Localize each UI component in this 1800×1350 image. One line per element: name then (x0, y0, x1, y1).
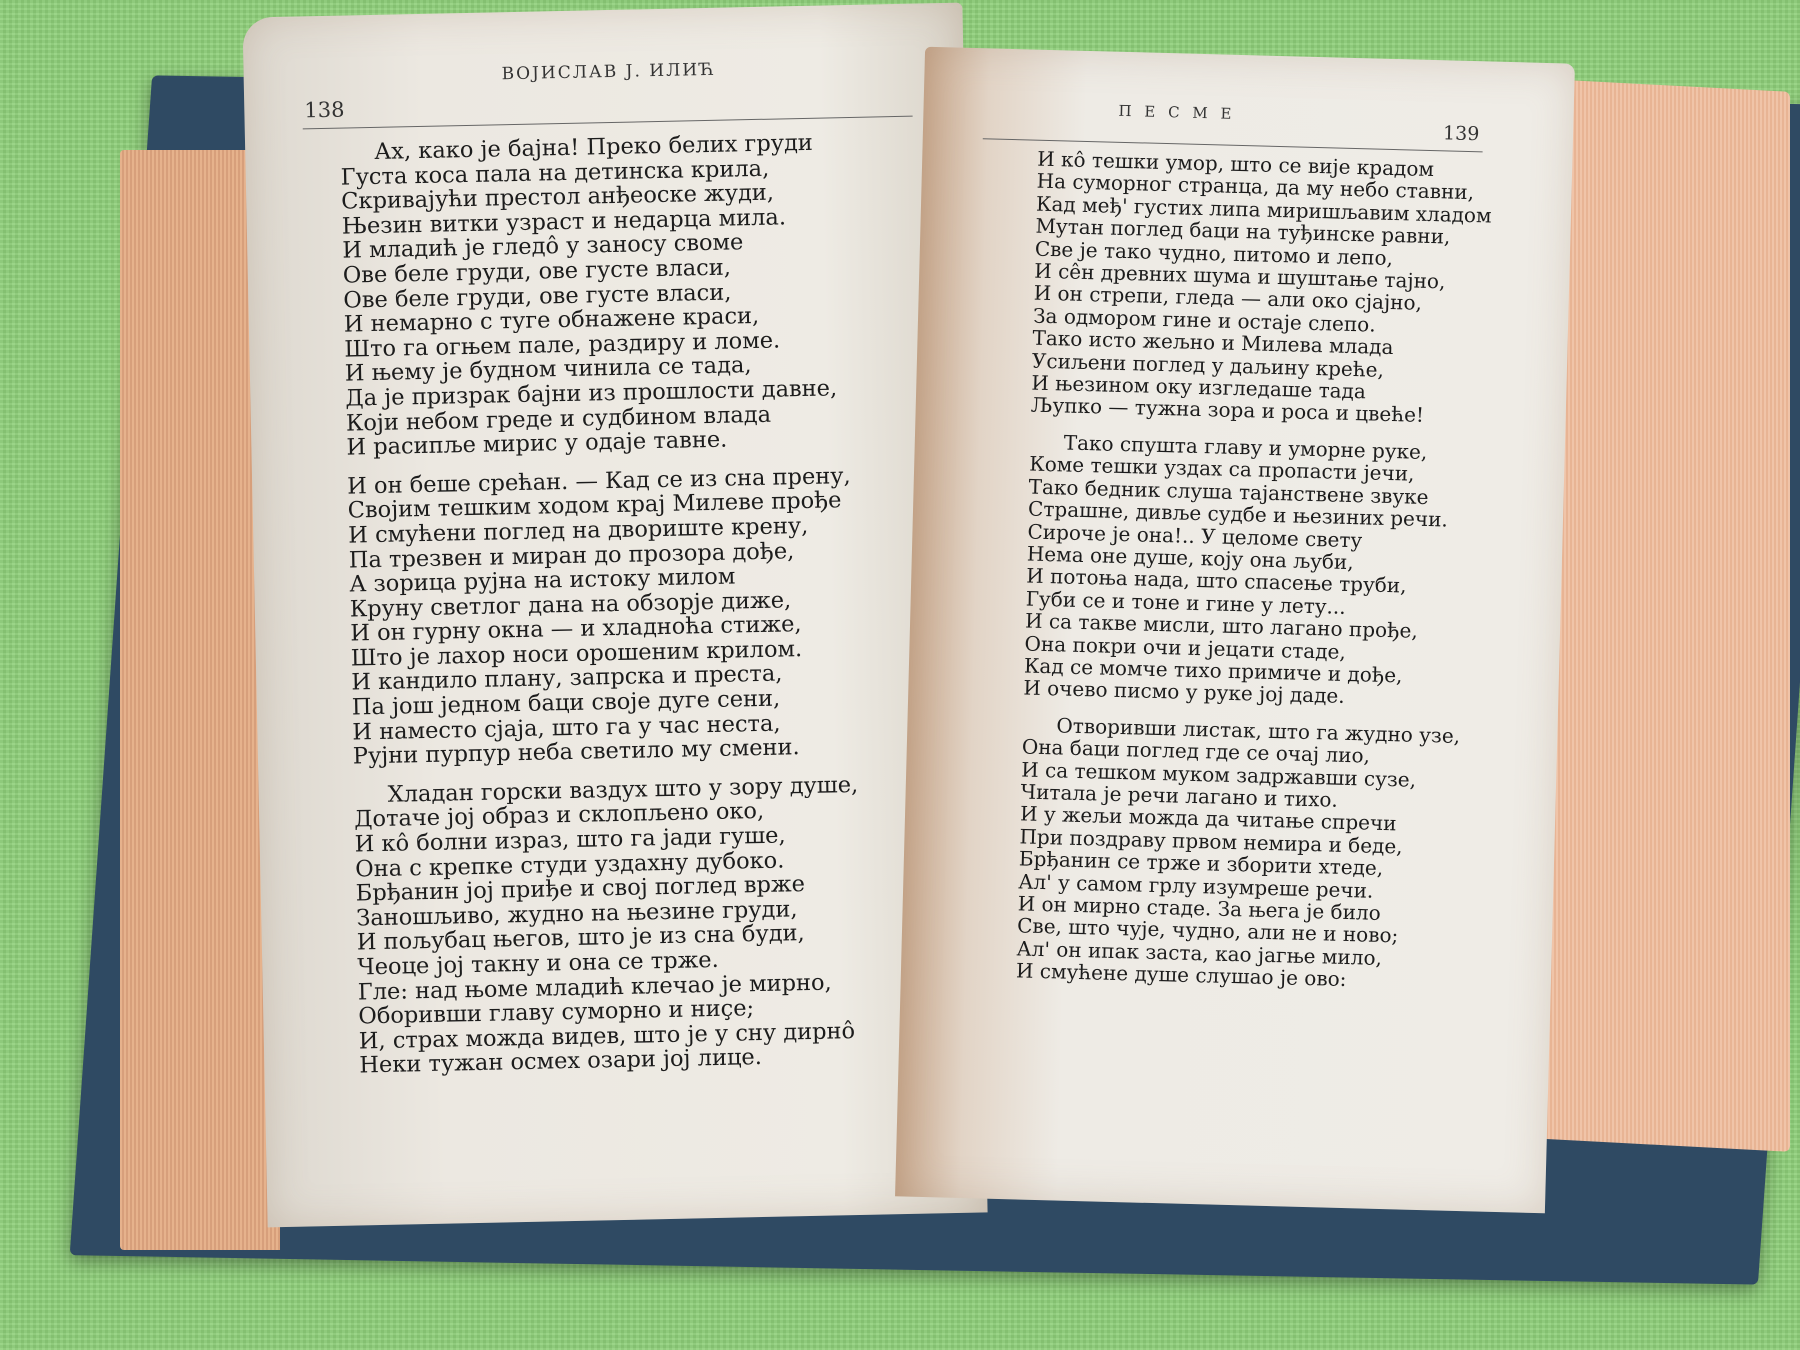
header-rule-left (303, 116, 913, 130)
page-number-left: 138 (304, 98, 345, 123)
running-head-author: ВОЈИСЛАВ Ј. ИЛИЋ (501, 60, 716, 84)
poem-text-left: Ах, како је бајна! Преко белих грудиГуст… (340, 130, 864, 1078)
right-page: П Е С М Е 139 И кô тешки умор, што се ви… (895, 47, 1575, 1214)
running-head-title: П Е С М Е (1118, 102, 1235, 123)
left-page: ВОЈИСЛАВ Ј. ИЛИЋ 138 Ах, како је бајна! … (242, 3, 987, 1228)
page-number-right: 139 (1443, 122, 1480, 145)
poem-text-right: И кô тешки умор, што се вије крадомНа су… (1016, 148, 1493, 994)
